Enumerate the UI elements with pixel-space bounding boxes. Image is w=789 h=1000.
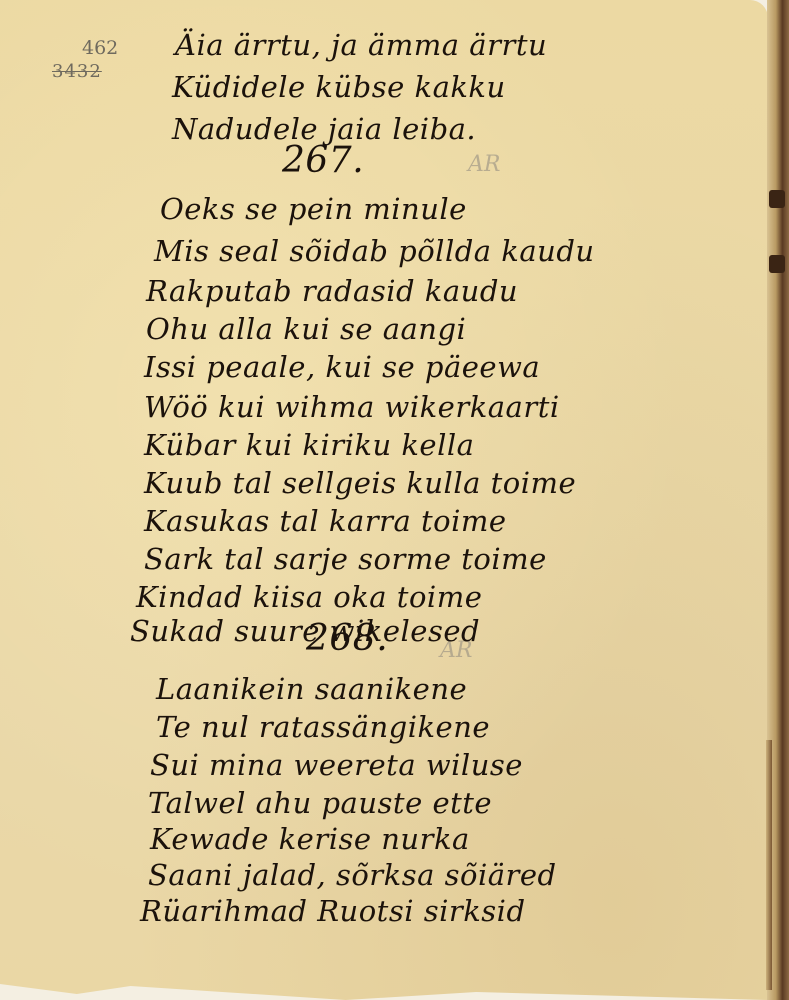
- verse-line: Äia ärrtu, ja ämma ärrtu: [175, 28, 547, 62]
- verse-line: Saani jalad, sõrksa sõiäred: [148, 858, 557, 892]
- song-number: 267.: [282, 140, 364, 181]
- verse-line: Issi peaale, kui se päeewa: [144, 350, 540, 384]
- verse-line: Te nul ratassängikene: [156, 710, 490, 744]
- catalog-number-current: 462: [82, 36, 118, 60]
- verse-line: Laanikein saanikene: [156, 672, 467, 706]
- spine-binding-mark: [769, 190, 785, 208]
- verse-line: Wöö kui wihma wikerkaarti: [144, 390, 560, 424]
- verse-line: Ohu alla kui se aangi: [146, 312, 466, 346]
- verse-line: Kasukas tal karra toime: [144, 504, 507, 538]
- verse-line: Küdidele kübse kakku: [172, 70, 506, 104]
- verse-line: Kübar kui kiriku kella: [144, 428, 474, 462]
- verse-line: Rakputab radasid kaudu: [146, 274, 518, 308]
- verse-line: Rüarihmad Ruotsi sirksid: [140, 894, 526, 928]
- archive-stamp: AR: [468, 152, 500, 177]
- verse-line: Oeks se pein minule: [160, 192, 467, 226]
- catalog-number-struck: 3432: [52, 60, 118, 84]
- verse-line: Kindad kiisa oka toime: [136, 580, 482, 614]
- verse-line: Sark tal sarje sorme toime: [144, 542, 547, 576]
- verse-line: Mis seal sõidab põllda kaudu: [154, 234, 595, 268]
- verse-line: Talwel ahu pauste ette: [148, 786, 492, 820]
- catalog-numbers: 462 3432: [52, 36, 118, 84]
- verse-line: Sui mina weereta wiluse: [150, 748, 523, 782]
- verse-line: Kewade kerise nurka: [150, 822, 470, 856]
- verse-line: Kuub tal sellgeis kulla toime: [144, 466, 576, 500]
- spine-binding-mark: [769, 255, 785, 273]
- song-number: 268.: [306, 618, 388, 659]
- page-fold-edge: [766, 740, 772, 990]
